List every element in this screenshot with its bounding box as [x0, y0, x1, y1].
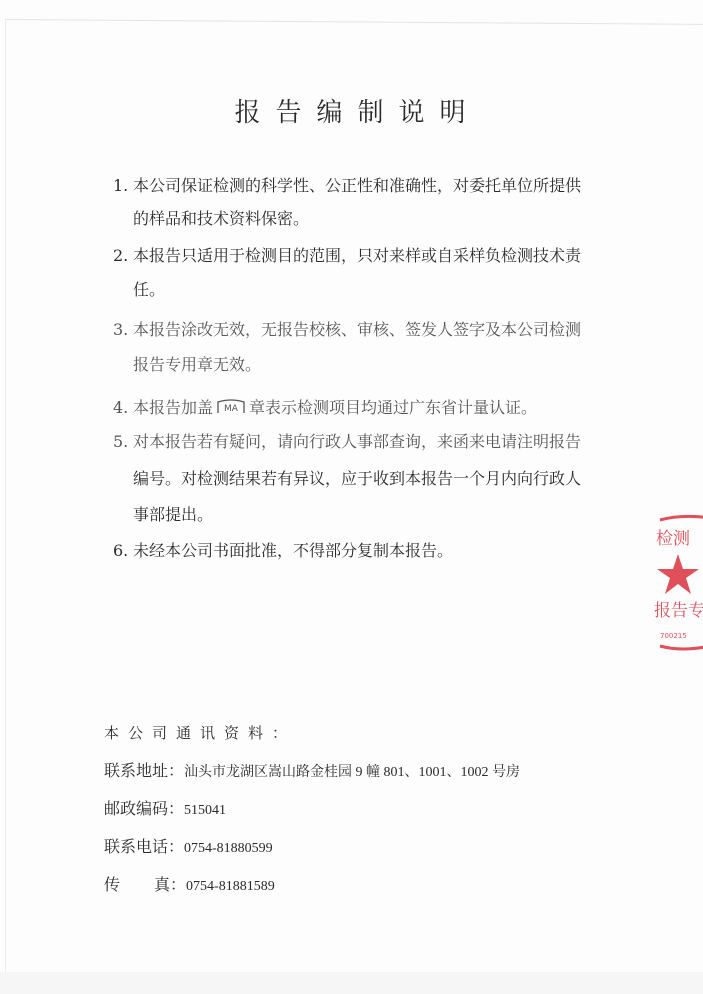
- page-edge: [5, 20, 6, 980]
- item-number: 3.: [113, 320, 133, 340]
- svg-text:检测: 检测: [656, 529, 690, 549]
- item-number: 2.: [113, 246, 133, 266]
- item-number: 5.: [113, 432, 133, 452]
- page-edge: [0, 972, 703, 994]
- list-item-2: 2.本报告只适用于检测目的范围，只对来样或自采样负检测技术责: [113, 246, 581, 266]
- list-item-3: 3.本报告涂改无效，无报告校核、审核、签发人签字及本公司检测: [113, 320, 581, 340]
- list-item-2-cont: 任。: [133, 280, 165, 300]
- svg-text:报告专: 报告专: [654, 601, 703, 621]
- contact-address: 联系地址：汕头市龙湖区嵩山路金桂园 9 幢 801、1001、1002 号房: [104, 758, 520, 781]
- item-number: 4.: [113, 398, 133, 418]
- contact-postcode: 邮政编码：515041: [104, 796, 226, 819]
- list-item-5-cont: 事部提出。: [133, 505, 213, 525]
- list-item-1: 1.本公司保证检测的科学性、公正性和准确性，对委托单位所提供: [113, 176, 581, 196]
- contact-heading: 本公司通讯资料：: [104, 722, 296, 743]
- contact-fax: 传真：0754-81881589: [104, 872, 275, 895]
- list-item-5: 5.对本报告若有疑问，请向行政人事部查询，来函来电请注明报告: [113, 432, 581, 452]
- list-item-5-cont: 编号。对检测结果若有异议，应于收到本报告一个月内向行政人: [133, 469, 581, 489]
- contact-phone: 联系电话：0754-81880599: [104, 834, 273, 857]
- cma-mark-icon: MA: [216, 399, 246, 415]
- page-title: 报告编制说明: [0, 92, 703, 129]
- svg-text:700215: 700215: [660, 632, 687, 640]
- list-item-4: 4.本报告加盖MA章表示检测项目均通过广东省计量认证。: [113, 398, 537, 418]
- list-item-3-cont: 报告专用章无效。: [133, 355, 261, 375]
- item-number: 6.: [113, 541, 133, 561]
- official-stamp: 检测 报告专 700215: [652, 512, 703, 652]
- list-item-6: 6.未经本公司书面批准，不得部分复制本报告。: [113, 541, 453, 561]
- item-number: 1.: [113, 176, 133, 196]
- page-edge: [5, 19, 703, 25]
- list-item-1-cont: 的样品和技术资料保密。: [133, 209, 309, 229]
- svg-text:MA: MA: [224, 404, 239, 414]
